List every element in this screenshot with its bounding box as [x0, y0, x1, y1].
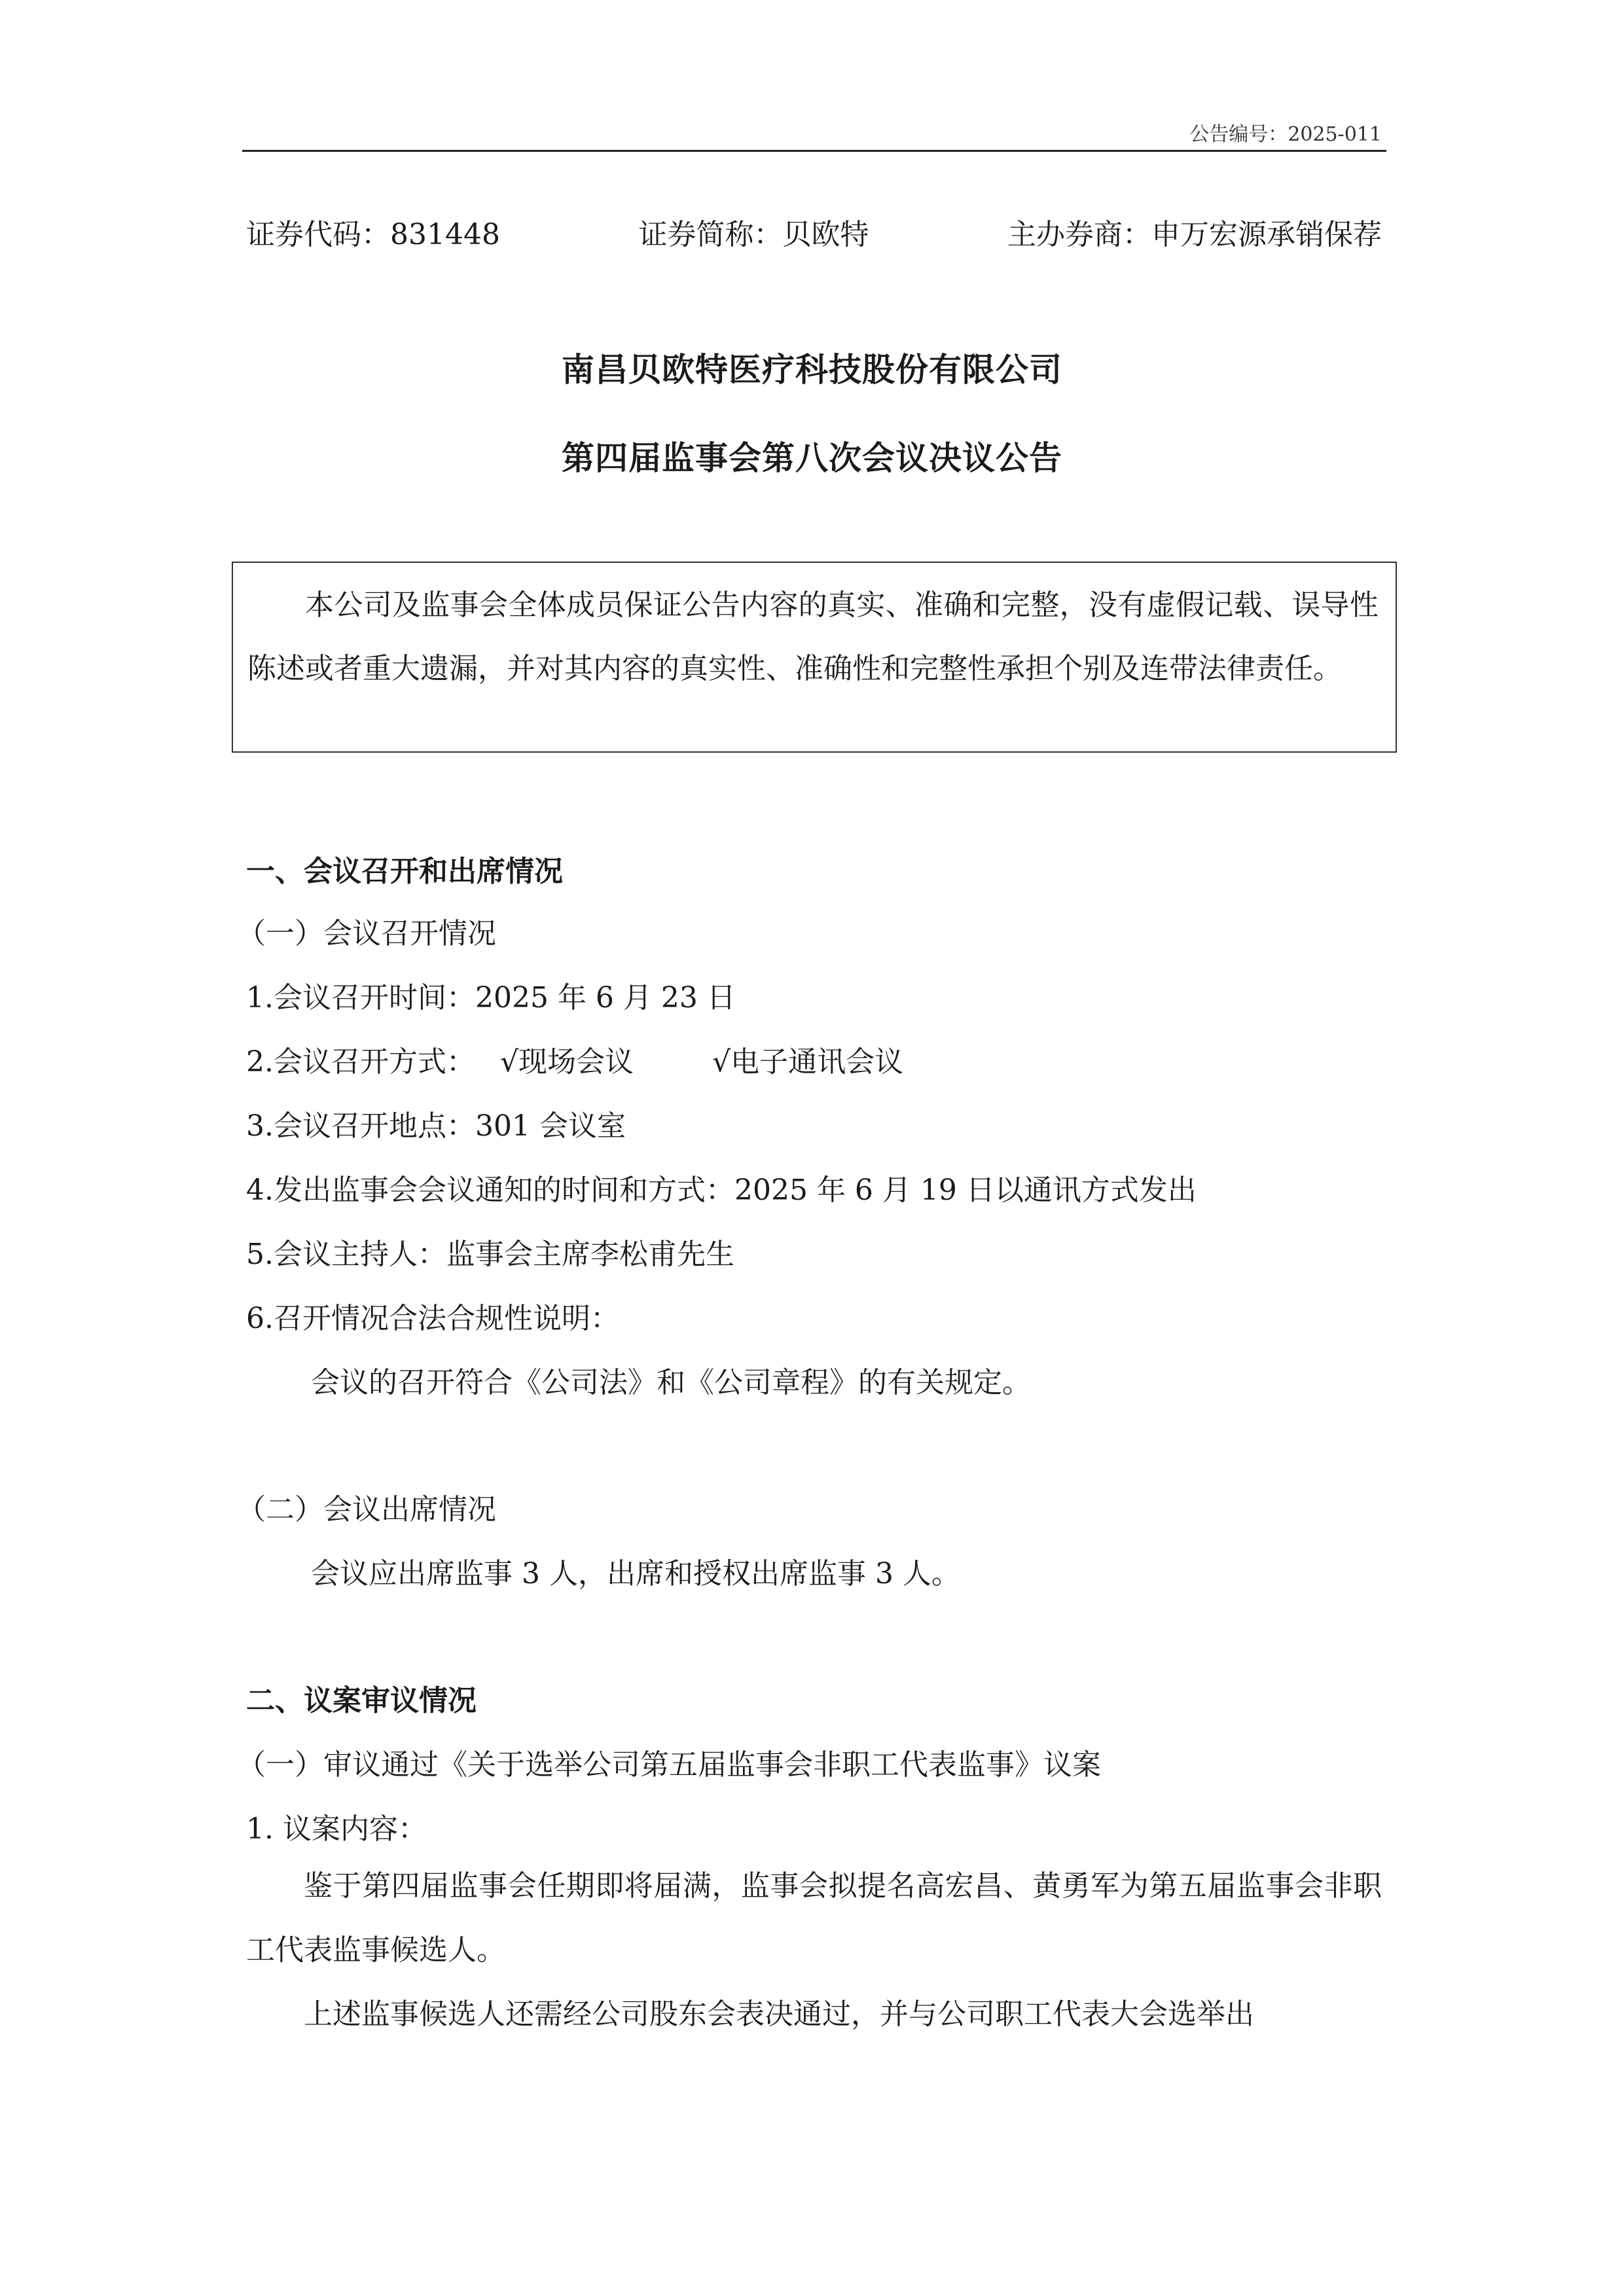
header-rule	[242, 150, 1386, 152]
securities-code: 证券代码：831448	[246, 211, 500, 253]
meeting-location: 3.会议召开地点：301 会议室	[246, 1102, 626, 1144]
proposal-para1: 鉴于第四届监事会任期即将届满，监事会拟提名高宏昌、黄勇军为第五届监事会非职工代表…	[246, 1854, 1382, 1982]
method-electronic: √电子通讯会议	[712, 1045, 903, 1079]
notice-box: 本公司及监事会全体成员保证公告内容的真实、准确和完整，没有虚假记载、误导性陈述或…	[232, 562, 1397, 753]
company-title: 南昌贝欧特医疗科技股份有限公司	[0, 344, 1624, 391]
notice-text: 本公司及监事会全体成员保证公告内容的真实、准确和完整，没有虚假记载、误导性陈述或…	[247, 573, 1379, 700]
announcement-number: 公告编号：2025-011	[1189, 118, 1382, 147]
proposal-para2: 上述监事候选人还需经公司股东会表决通过，并与公司职工代表大会选举出	[246, 1982, 1382, 2047]
section1-heading: 一、会议召开和出席情况	[246, 848, 563, 889]
compliance-label: 6.召开情况合法合规性说明：	[246, 1295, 619, 1336]
section2-sub1-heading: （一）审议通过《关于选举公司第五届监事会非职工代表监事》议案	[237, 1741, 1101, 1783]
section1-sub1-heading: （一）会议召开情况	[237, 910, 496, 952]
securities-info-line: 证券代码：831448 证券简称：贝欧特 主办券商：申万宏源承销保荐	[246, 211, 1382, 253]
securities-short-name: 证券简称：贝欧特	[638, 211, 869, 253]
meeting-method: 2.会议召开方式：√现场会议√电子通讯会议	[246, 1038, 903, 1080]
proposal-content-label: 1. 议案内容：	[246, 1805, 427, 1847]
section1-sub2-heading: （二）会议出席情况	[237, 1486, 496, 1528]
meeting-host: 5.会议主持人：监事会主席李松甫先生	[246, 1230, 734, 1272]
section2-heading: 二、议案审议情况	[246, 1677, 477, 1719]
method-onsite: √现场会议	[500, 1045, 634, 1079]
meeting-method-label: 2.会议召开方式：	[246, 1045, 475, 1079]
compliance-body: 会议的召开符合《公司法》和《公司章程》的有关规定。	[311, 1359, 1031, 1401]
meeting-time: 1.会议召开时间：2025 年 6 月 23 日	[246, 974, 736, 1016]
notice-time-method: 4.发出监事会会议通知的时间和方式：2025 年 6 月 19 日以通讯方式发出	[246, 1166, 1197, 1208]
attendance-body: 会议应出席监事 3 人，出席和授权出席监事 3 人。	[311, 1550, 960, 1592]
sponsor-broker: 主办券商：申万宏源承销保荐	[1007, 211, 1382, 253]
announcement-title: 第四届监事会第八次会议决议公告	[0, 432, 1624, 479]
